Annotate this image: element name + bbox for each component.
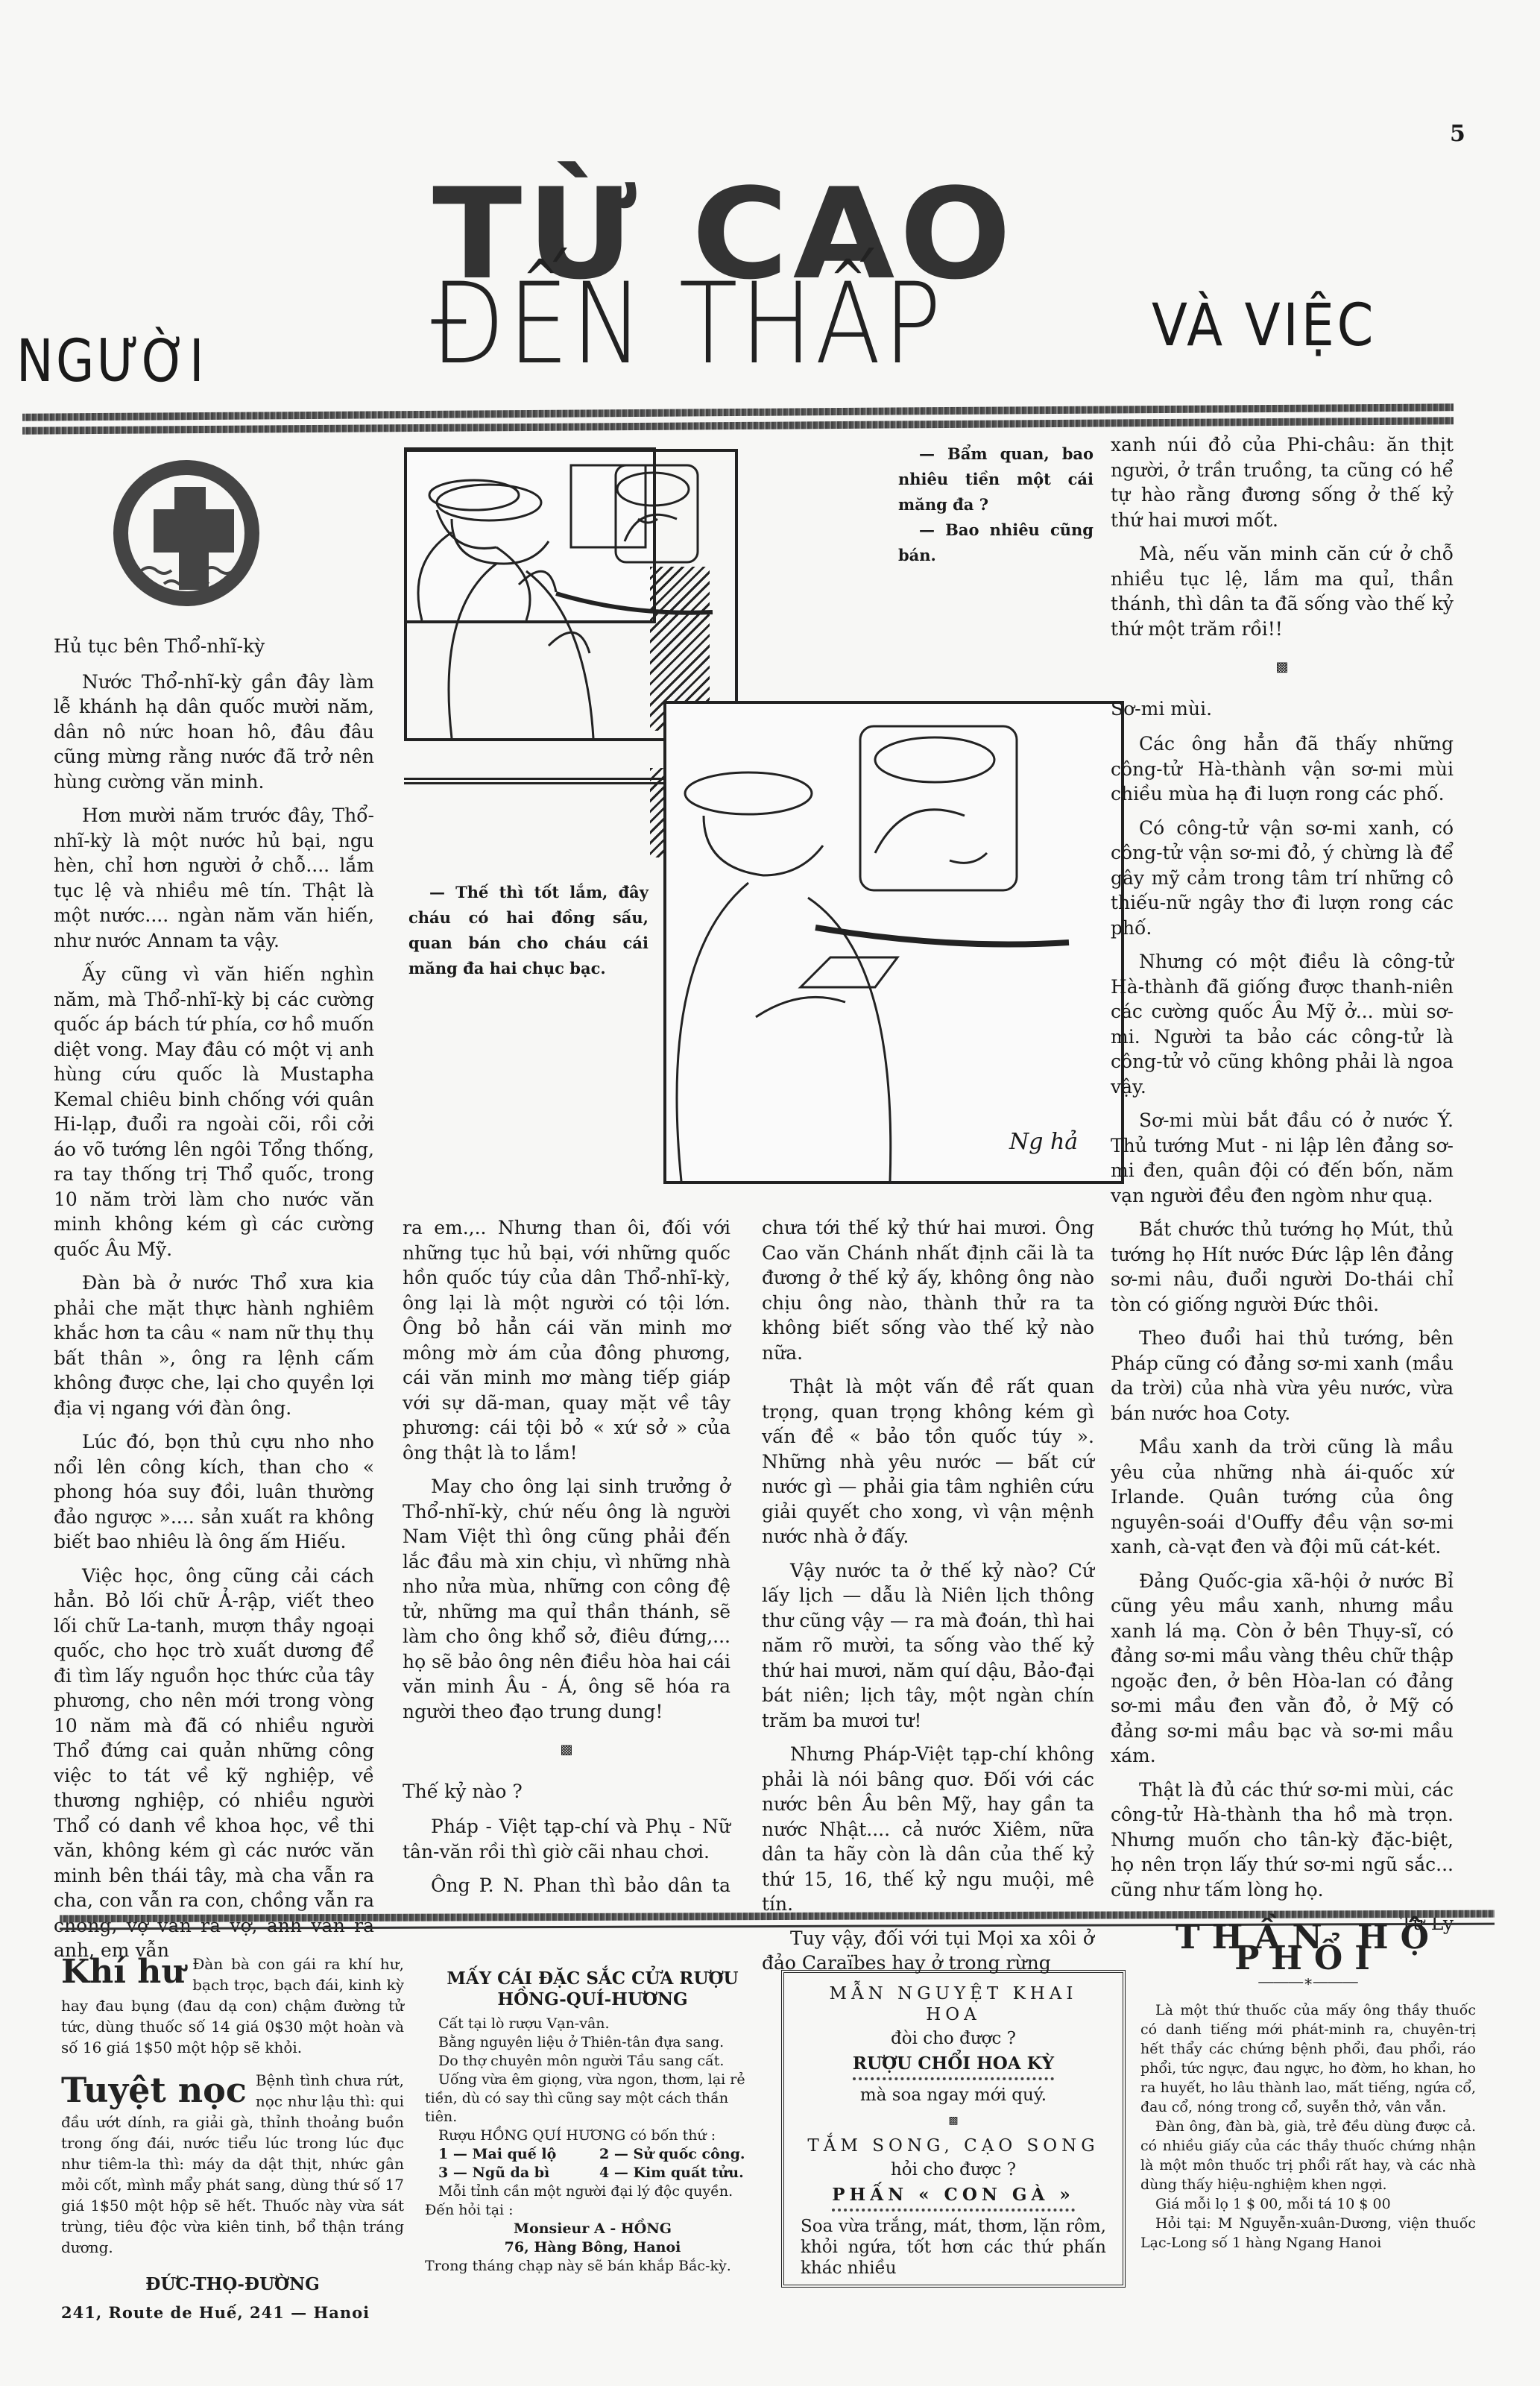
caption-line: — Bẩm quan, bao nhiêu tiền một cái măng … xyxy=(898,441,1094,517)
ad-line: Mỗi tỉnh cần một người đại lý độc quyền. xyxy=(425,2182,760,2201)
ad-question-sub: hỏi cho được ? xyxy=(801,2159,1106,2180)
paragraph: Bắt chước thủ tướng họ Mút, thủ tướng họ… xyxy=(1111,1217,1454,1317)
article-heading: Hủ tục bên Thổ-nhĩ-kỳ xyxy=(54,634,374,659)
cartoon-caption-bottom: — Thế thì tốt lắm, đây cháu có hai đồng … xyxy=(408,880,648,981)
paragraph: Theo đuổi hai thủ tướng, bên Pháp cũng c… xyxy=(1111,1326,1454,1426)
paragraph: Mầu xanh da trời cũng là mầu yêu của nhữ… xyxy=(1111,1435,1454,1560)
ad-paragraph: Đàn ông, đàn bà, già, trẻ đều dùng được … xyxy=(1140,2117,1476,2194)
paragraph: Mà, nếu văn minh căn cứ ở chỗ nhiều tục … xyxy=(1111,541,1454,641)
masthead-title-line2: ĐẾN THẤP xyxy=(431,268,944,380)
cartoon-scene-bottom-icon xyxy=(666,704,1121,1181)
variety: 4 — Kim quất tửu. xyxy=(599,2164,760,2182)
article-column-2: ra em.,.. Nhưng than ôi, đối với những t… xyxy=(403,1215,730,1907)
caption-line: — Thế thì tốt lắm, đây cháu có hai đồng … xyxy=(408,880,648,981)
ad-line: Đến hỏi tại : xyxy=(425,2201,760,2220)
ad-line: Do thợ chuyên môn người Tầu sang cất. xyxy=(425,2052,760,2071)
paragraph: Vậy nước ta ở thế kỷ nào? Cứ lấy lịch — … xyxy=(762,1558,1094,1734)
paragraph: Hơn mười năm trước đây, Thổ-nhĩ-kỳ là mộ… xyxy=(54,803,374,953)
paragraph: xanh núi đỏ của Phi-châu: ăn thịt người,… xyxy=(1111,432,1454,532)
ad-address: 241, Route de Huế, 241 — Hanoi xyxy=(61,2302,404,2323)
variety: 3 — Ngũ da bì xyxy=(438,2164,599,2182)
ad-line: Trong tháng chạp này sẽ bán khắp Bắc-kỳ. xyxy=(425,2257,760,2276)
cartoon-rail-left xyxy=(404,775,665,784)
ad-title-khi-hu: Khí hư xyxy=(61,1954,185,1991)
paragraph: Tuy vậy, đối với tụi Mọi xa xôi ở đảo Ca… xyxy=(762,1926,1094,1976)
paragraph: Nhưng Pháp-Việt tạp-chí không phải là nó… xyxy=(762,1742,1094,1917)
paragraph: Thật là đủ các thứ sơ-mi mùi, các công-t… xyxy=(1111,1778,1454,1903)
paragraph: Có công-tử vận sơ-mi xanh, có công-tử vậ… xyxy=(1111,816,1454,941)
ad-product: PHẤN « CON GÀ » xyxy=(832,2185,1075,2212)
ad-contact: Hỏi tại: M Nguyễn-xuân-Dương, viện thuốc… xyxy=(1140,2214,1476,2253)
paragraph: Nước Thổ-nhĩ-kỳ gần đây làm lễ khánh hạ … xyxy=(54,670,374,795)
ad-contact-address: 76, Hàng Bông, Hanoi xyxy=(425,2238,760,2257)
paragraph: Sơ-mi mùi bắt đầu có ở nước Ý. Thủ tướng… xyxy=(1111,1108,1454,1208)
ad-title: HỒNG-QUÍ-HƯƠNG xyxy=(425,1989,760,2010)
paragraph: Pháp - Việt tạp-chí và Phụ - Nữ tân-văn … xyxy=(403,1814,730,1864)
ad-boxed-con-ga: MẪN NGUYỆT KHAI HOA đòi cho được ? RƯỢU … xyxy=(781,1970,1126,2288)
red-cross-logo-icon xyxy=(112,459,261,608)
ornament-divider-icon: ―――∗――― xyxy=(1140,1971,1476,1992)
cartoon-caption-top: — Bẩm quan, bao nhiêu tiền một cái măng … xyxy=(898,441,1094,568)
ad-product: RƯỢU CHỔI HOA KỲ xyxy=(853,2053,1054,2080)
paragraph: ra em.,.. Nhưng than ôi, đối với những t… xyxy=(403,1215,730,1465)
ad-line: Cất tại lò rượu Vạn-vân. xyxy=(425,2015,760,2033)
ad-hong-qui-huong: MẤY CÁI ĐẶC SẮC CỬA RƯỢU HỒNG-QUÍ-HƯƠNG … xyxy=(425,1968,760,2276)
section-separator-icon: ▩ xyxy=(403,1737,730,1763)
ad-title-tuyet-noc: Tuyệt nọc xyxy=(61,2070,247,2110)
ad-question-sub: đòi cho được ? xyxy=(801,2028,1106,2049)
ad-brand: ĐỨC-THỌ-ĐƯỜNG xyxy=(61,2274,404,2295)
ad-paragraph: Là một thứ thuốc của mấy ông thầy thuốc … xyxy=(1140,2001,1476,2117)
paragraph: May cho ông lại sinh trưởng ở Thổ-nhĩ-kỳ… xyxy=(403,1474,730,1724)
variety: 1 — Mai quế lộ xyxy=(438,2145,599,2164)
ad-product-text: Soa vừa trắng, mát, thơm, lặn rôm, khỏi … xyxy=(801,2216,1106,2279)
article-column-3: chưa tới thế kỷ thứ hai mươi. Ông Cao vă… xyxy=(762,1215,1094,1985)
page-number: 5 xyxy=(1450,121,1465,147)
ad-question: TẮM SONG, CẠO SONG xyxy=(801,2135,1106,2156)
article-column-1: Hủ tục bên Thổ-nhĩ-kỳ Nước Thổ-nhĩ-kỳ gầ… xyxy=(54,634,374,1972)
ad-price: Giá mỗi lọ 1 $ 00, mỗi tá 10 $ 00 xyxy=(1140,2194,1476,2214)
article-heading: Thế kỷ nào ? xyxy=(403,1779,730,1804)
ad-title: MẤY CÁI ĐẶC SẮC CỬA RƯỢU xyxy=(425,1968,760,1989)
paragraph: Việc học, ông cũng cải cách hẳn. Bỏ lối … xyxy=(54,1564,374,1963)
ad-than-ho-phoi: THẦN HỘ PHỔI ―――∗――― Là một thứ thuốc củ… xyxy=(1140,1927,1476,2253)
ad-contact-name: Monsieur A - HỒNG xyxy=(425,2220,760,2238)
article-column-4: xanh núi đỏ của Phi-châu: ăn thịt người,… xyxy=(1111,432,1454,1936)
section-separator-icon: ▩ xyxy=(1111,655,1454,680)
paragraph: Ấy cũng vì văn hiến nghìn năm, mà Thổ-nh… xyxy=(54,962,374,1262)
paragraph: Nhưng có một điều là công-tử Hà-thành đã… xyxy=(1111,949,1454,1099)
cartoon-artist-signature: Ng hả xyxy=(1009,1129,1078,1155)
ad-question: MẪN NGUYỆT KHAI HOA xyxy=(801,1983,1106,2025)
cartoon-panel-bottom: Ng hả xyxy=(663,701,1124,1184)
paragraph: Ông P. N. Phan thì bảo dân ta chưa tới t… xyxy=(403,1873,730,1898)
ad-line: Uống vừa êm giọng, vừa ngon, thơm, lại r… xyxy=(425,2071,760,2127)
ad-line: Bằng nguyên liệu ở Thiên-tân đựa sang. xyxy=(425,2033,760,2052)
ad-line: Rượu HỒNG QUÍ HƯƠNG có bốn thứ : xyxy=(425,2127,760,2145)
masthead-left: NGƯỜI xyxy=(16,328,206,395)
variety: 2 — Sử quốc công. xyxy=(599,2145,760,2164)
article-heading: Sơ-mi mùi. xyxy=(1111,696,1454,722)
paragraph: Thật là một vấn đề rất quan trọng, quan … xyxy=(762,1374,1094,1549)
ad-varieties: 1 — Mai quế lộ 2 — Sử quốc công. 3 — Ngũ… xyxy=(425,2145,760,2182)
ad-duc-tho-duong: Khí hư Đàn bà con gái ra khí hư, bạch tr… xyxy=(61,1954,404,2323)
paragraph: Đàn bà ở nước Thổ xưa kia phải che mặt t… xyxy=(54,1271,374,1420)
paragraph: Đảng Quốc-gia xã-hội ở nước Bỉ cũng yêu … xyxy=(1111,1569,1454,1769)
ad-title: THẦN HỘ PHỔI xyxy=(1140,1927,1476,1969)
paragraph: Các ông hẳn đã thấy những công-tử Hà-thà… xyxy=(1111,731,1454,807)
masthead-right: VÀ VIỆC xyxy=(1152,292,1376,359)
separator-icon: ▩ xyxy=(801,2110,1106,2131)
ad-product-sub: mà soa ngay mới quý. xyxy=(801,2085,1106,2106)
caption-line: — Bao nhiêu cũng bán. xyxy=(898,517,1094,568)
paragraph: chưa tới thế kỷ thứ hai mươi. Ông Cao vă… xyxy=(762,1215,1094,1365)
paragraph: Lúc đó, bọn thủ cựu nho nho nổi lên công… xyxy=(54,1429,374,1555)
